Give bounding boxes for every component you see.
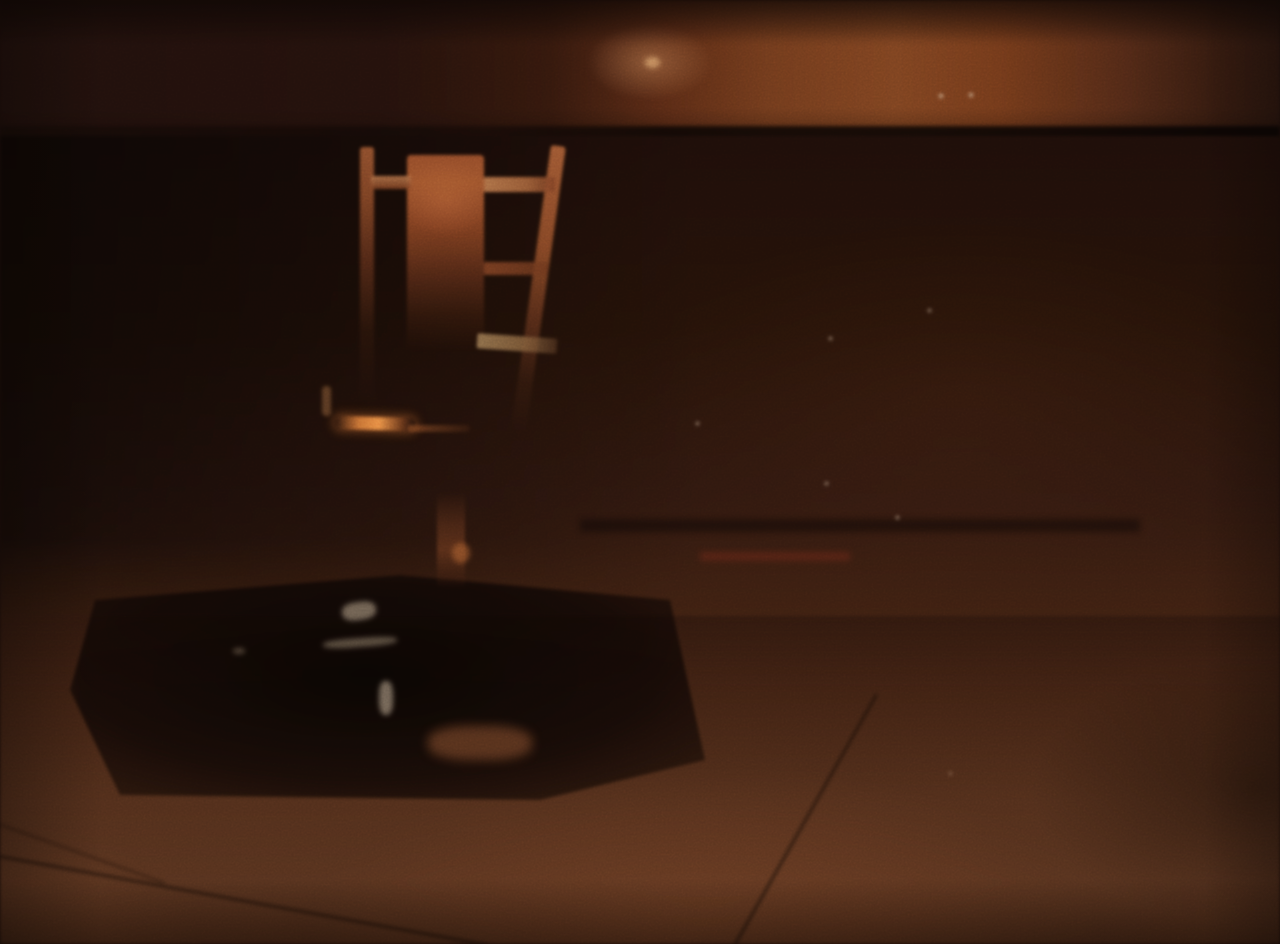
wall-dark-band <box>580 519 1140 532</box>
chair-left-nub <box>322 386 331 416</box>
base-debris-highlight <box>233 648 245 654</box>
dust-speck <box>645 57 660 68</box>
base-debris-highlight <box>379 681 393 715</box>
dust-speck <box>696 422 699 425</box>
chair-crossbar-left <box>371 176 411 189</box>
chair-seat-highlight-dim <box>408 425 470 432</box>
dust-speck <box>825 482 828 485</box>
base-debris-patch <box>428 726 532 760</box>
chair-crossbar-right <box>484 177 555 192</box>
dust-speck <box>949 772 952 775</box>
upper-wall <box>0 0 1280 138</box>
dust-speck <box>896 516 899 519</box>
chair-headrest-panel <box>407 155 484 352</box>
chair-front-leg <box>437 492 465 588</box>
dust-speck <box>829 337 832 340</box>
photo-canvas <box>0 0 1280 944</box>
dust-speck <box>939 94 943 98</box>
chair-rung-middle <box>484 262 548 275</box>
dust-speck <box>969 93 973 97</box>
dust-speck <box>928 309 931 312</box>
chair-seat-highlight <box>335 416 415 431</box>
scene <box>0 0 1280 944</box>
chair-leg-node <box>452 543 470 563</box>
